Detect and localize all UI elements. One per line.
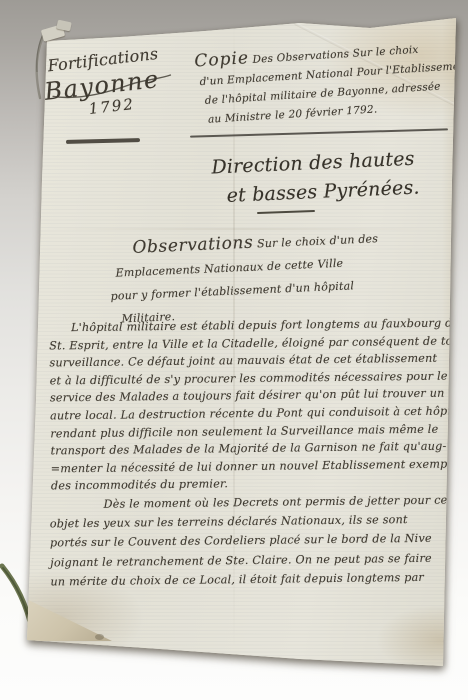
header-lead-word: Copie <box>194 48 250 71</box>
body-paragraph-2: Dès le moment où les Decrets ont permis … <box>49 491 448 592</box>
photo-background: Fortifications Bayonne 1792 Copie Des Ob… <box>0 0 468 700</box>
header-inscription: Copie Des Observations Sur le choix d'un… <box>194 36 468 131</box>
paper-shadow: Fortifications Bayonne 1792 Copie Des Ob… <box>0 0 468 700</box>
title-underline <box>257 210 315 214</box>
division-title: Direction des hautes et basses Pyrénées. <box>211 145 420 212</box>
corner-underline-stroke <box>66 138 140 144</box>
header-rule <box>190 128 448 138</box>
horizontal-crease <box>44 228 444 230</box>
dog-ear-smudge <box>95 634 104 640</box>
observations-line-rest: Sur le choix d'un des <box>257 232 379 250</box>
body-paragraph-1: L'hôpital militaire est établi depuis fo… <box>49 315 449 496</box>
paper-sheet: Fortifications Bayonne 1792 Copie Des Ob… <box>0 0 468 700</box>
manuscript-line: un mérite du choix de ce Local, il étoit… <box>50 567 448 591</box>
observations-lead-word: Observations <box>132 233 254 258</box>
